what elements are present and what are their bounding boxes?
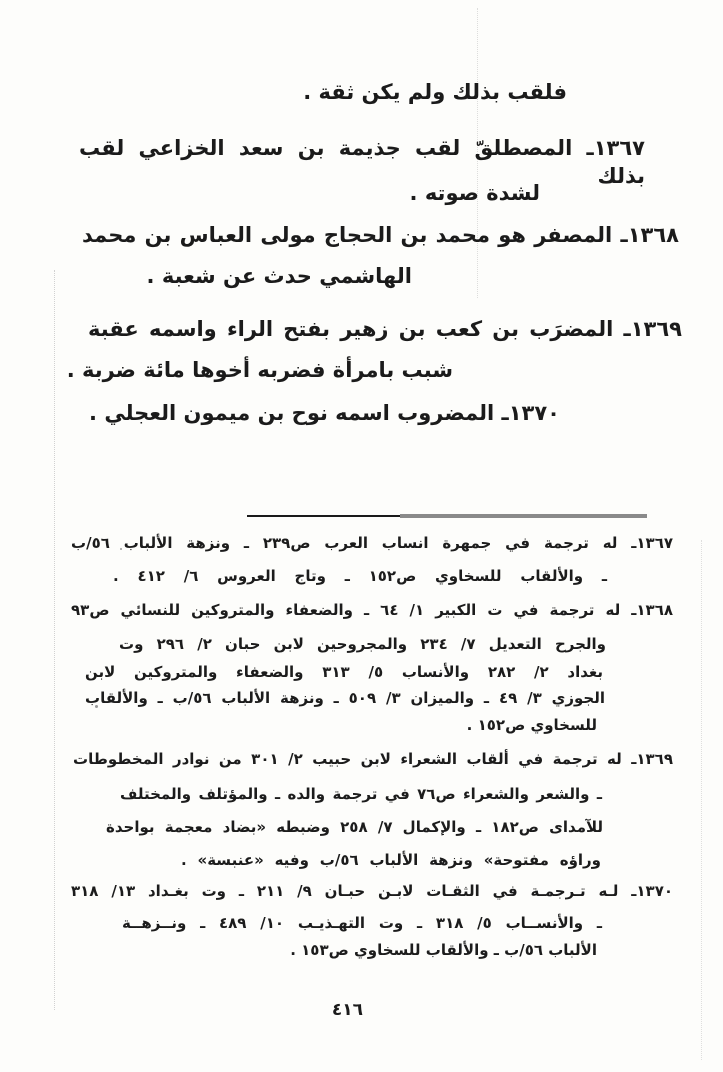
page-number: ٤١٦ [0, 1000, 695, 1020]
footnote-1368-line-4: الجوزي ٣/ ٤٩ ـ والميزان ٣/ ٥٠٩ ـ ونزهة ا… [85, 688, 605, 708]
footnote-1370-line-1: ١٣٧٠ـ لـه تـرجمـة في الثقـات لابـن حبـان… [71, 881, 673, 901]
book-page: فلقب بذلك ولم يكن ثقة . ١٣٦٧ـ المصطلقّ ل… [0, 0, 723, 1072]
footnote-1369-line-3: للآمداى ص١٨٢ ـ والإكمال ٧/ ٢٥٨ وضبطه «بض… [106, 817, 603, 837]
body-intro-line: فلقب بذلك ولم يكن ثقة . [303, 78, 567, 106]
entry-1367-line-1: ١٣٦٧ـ المصطلقّ لقب جذيمة بن سعد الخزاعي … [79, 134, 645, 191]
footnote-1369-line-1: ١٣٦٩ـ له ترجمة في ألقاب الشعراء لابن حبي… [73, 749, 673, 769]
footnote-1370-line-2: ـ والأنســاب ٥/ ٣١٨ ـ وت التهـذيـب ١٠/ ٤… [122, 913, 602, 933]
entry-1370-line-1: ١٣٧٠ـ المضروب اسمه نوح بن ميمون العجلي . [89, 399, 560, 427]
footnote-1367-line-2: ـ والألقاب للسخاوي ص١٥٢ ـ وتاج العروس ٦/… [113, 566, 607, 586]
footnote-1369-line-4: وراؤه مفتوحة» ونزهة الألباب ٥٦/ب وفيه «ع… [181, 850, 601, 870]
footnote-1368-line-2: والجرح التعديل ٧/ ٢٣٤ والمجروحين لابن حب… [119, 634, 606, 654]
footnote-1369-line-2: ـ والشعر والشعراء ص٧٦ في ترجمة والده ـ و… [120, 784, 602, 804]
footnote-1368-line-1: ١٣٦٨ـ له ترجمة في ت الكبير ١/ ٦٤ ـ والضع… [71, 600, 673, 620]
entry-1367-line-2: لشدة صوته . [410, 179, 540, 207]
entry-1368-line-2: الهاشمي حدث عن شعبة . [147, 262, 412, 290]
entry-1369-line-2: شبب بامرأة فضربه أخوها مائة ضربة . [67, 356, 453, 384]
footnote-1370-line-3: الألباب ٥٦/ب ـ والألقاب للسخاوي ص١٥٣ . [290, 940, 597, 960]
footnote-separator-gray [400, 514, 647, 518]
footnote-1367-line-1: ١٣٦٧ـ له ترجمة في جمهرة انساب العرب ص٢٣٩… [71, 533, 673, 553]
footnote-1368-line-5: للسخاوي ص١٥٢ . [467, 715, 597, 735]
footnote-separator-dark [247, 515, 402, 517]
scan-artifact-line [701, 540, 702, 1060]
entry-1369-line-1: ١٣٦٩ـ المضرَب بن كعب بن زهير بفتح الراء … [88, 315, 682, 343]
entry-1368-line-1: ١٣٦٨ـ المصفر هو محمد بن الحجاج مولى العب… [82, 221, 679, 249]
scan-artifact-line [54, 270, 55, 1010]
footnote-1368-line-3: بغداد ٢/ ٢٨٢ والأنساب ٥/ ٣١٣ والضعفاء وا… [85, 662, 603, 682]
